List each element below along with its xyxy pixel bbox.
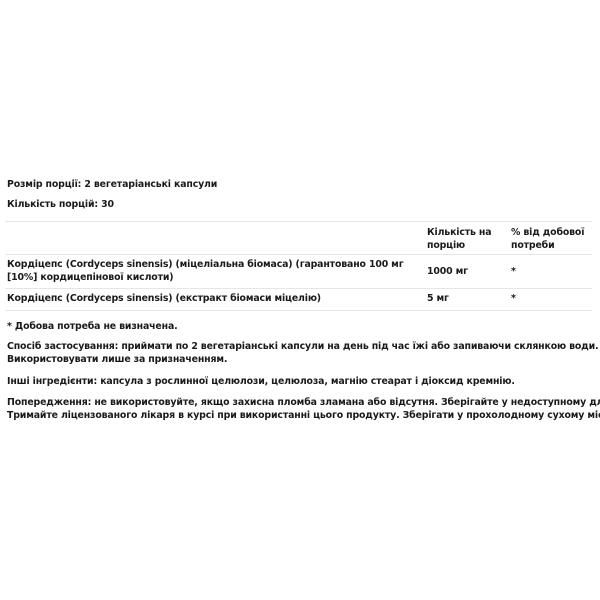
daily-value-footnote: * Добова потреба не визначена. (7, 320, 178, 333)
ingredient-daily-value: * (511, 266, 591, 279)
table-header-row: Кількість на порцію % від добової потреб… (5, 221, 592, 254)
table-row: Кордіцепс (Cordyceps sinensis) (екстракт… (5, 288, 592, 311)
header-daily-value: % від добової потреби (511, 227, 591, 252)
servings-per-container: Кількість порцій: 30 (7, 199, 114, 210)
other-ingredients: Інші інгредієнти: капсула з рослинної це… (7, 375, 515, 388)
ingredient-amount: 5 мг (427, 293, 512, 306)
table-row: Кордіцепс (Cordyceps sinensis) (міцеліал… (5, 254, 592, 288)
header-amount-per-serving: Кількість на порцію (427, 227, 512, 252)
ingredient-daily-value: * (511, 293, 591, 306)
ingredient-name: Кордіцепс (Cordyceps sinensis) (екстракт… (7, 293, 412, 306)
directions-line-1: Спосіб застосування: приймати по 2 вегет… (7, 340, 598, 353)
serving-size: Розмір порції: 2 вегетаріанські капсули (7, 179, 217, 190)
directions-line-2: Використовувати лише за призначенням. (7, 353, 227, 366)
ingredient-amount: 1000 мг (427, 266, 512, 279)
supplement-facts-table: Кількість на порцію % від добової потреб… (5, 221, 592, 311)
warnings-line-1: Попередження: не використовуйте, якщо за… (7, 396, 600, 409)
ingredient-name: Кордіцепс (Cordyceps sinensis) (міцеліал… (7, 259, 412, 284)
warnings-line-2: Тримайте ліцензованого лікаря в курсі пр… (7, 409, 600, 422)
